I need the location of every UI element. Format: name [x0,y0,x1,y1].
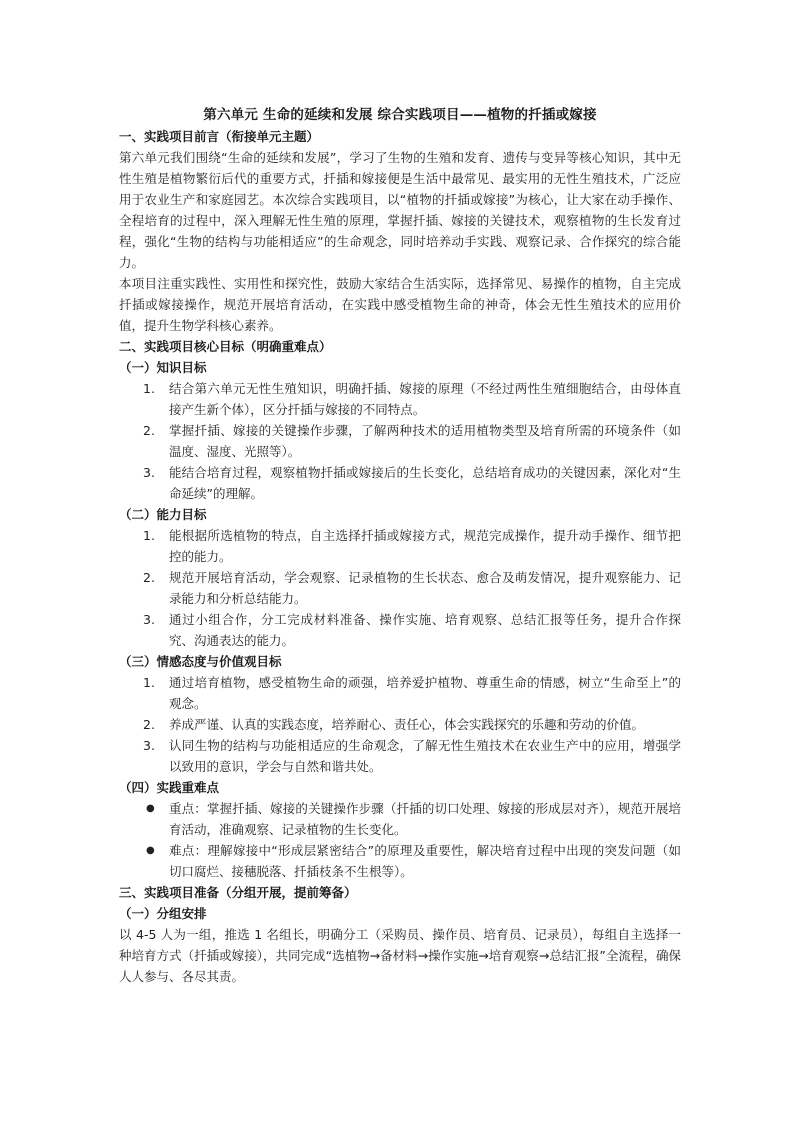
list-item-text: 结合第六单元无性生殖知识，明确扦插、嫁接的原理（不经过两性生殖细胞结合，由母体直… [169,381,681,417]
key-difficulties-list: ●重点：掌握扦插、嫁接的关键操作步骤（扦插的切口处理、嫁接的形成层对齐），规范开… [119,798,681,882]
ability-goals-list: 1.能根据所选植物的特点，自主选择扦插或嫁接方式，规范完成操作，提升动手操作、细… [119,525,681,651]
list-item-text: 难点：理解嫁接中“形成层紧密结合”的原理及重要性，解决培育过程中出现的突发问题（… [169,843,681,879]
list-number: 2. [143,420,155,441]
list-item: ●难点：理解嫁接中“形成层紧密结合”的原理及重要性，解决培育过程中出现的突发问题… [119,840,681,882]
values-goals-heading: （三）情感态度与价值观目标 [119,651,681,672]
list-item: 2.掌握扦插、嫁接的关键操作步骤，了解两种技术的适用植物类型及培育所需的环境条件… [119,420,681,462]
list-item: 2.养成严谨、认真的实践态度，培养耐心、责任心，体会实践探究的乐趣和劳动的价值。 [119,714,681,735]
section-2-heading: 二、实践项目核心目标（明确重难点） [119,336,681,357]
knowledge-goals-heading: （一）知识目标 [119,357,681,378]
list-item: 3.认同生物的结构与功能相适应的生命观念，了解无性生殖技术在农业生产中的应用，增… [119,735,681,777]
list-item-text: 通过培育植物，感受植物生命的顽强，培养爱护植物、尊重生命的情感，树立“生命至上”… [169,675,681,711]
section-1-heading: 一、实践项目前言（衔接单元主题） [119,126,681,147]
bullet-icon: ● [146,840,155,861]
list-item-text: 掌握扦插、嫁接的关键操作步骤，了解两种技术的适用植物类型及培育所需的环境条件（如… [169,423,681,459]
list-item-text: 规范开展培育活动，学会观察、记录植物的生长状态、愈合及萌发情况，提升观察能力、记… [169,570,681,606]
list-item: 1.能根据所选植物的特点，自主选择扦插或嫁接方式，规范完成操作，提升动手操作、细… [119,525,681,567]
list-number: 1. [143,525,155,546]
grouping-paragraph: 以 4-5 人为一组，推选 1 名组长，明确分工（采购员、操作员、培育员、记录员… [119,924,681,987]
bullet-icon: ● [146,798,155,819]
list-item-text: 重点：掌握扦插、嫁接的关键操作步骤（扦插的切口处理、嫁接的形成层对齐），规范开展… [169,801,681,837]
list-number: 1. [143,378,155,399]
list-item-text: 通过小组合作，分工完成材料准备、操作实施、培育观察、总结汇报等任务，提升合作探究… [169,612,681,648]
list-item-text: 能根据所选植物的特点，自主选择扦插或嫁接方式，规范完成操作，提升动手操作、细节把… [169,528,681,564]
list-number: 3. [143,609,155,630]
list-item: 2.规范开展培育活动，学会观察、记录植物的生长状态、愈合及萌发情况，提升观察能力… [119,567,681,609]
grouping-heading: （一）分组安排 [119,903,681,924]
list-number: 3. [143,735,155,756]
list-item: 3.通过小组合作，分工完成材料准备、操作实施、培育观察、总结汇报等任务，提升合作… [119,609,681,651]
values-goals-list: 1.通过培育植物，感受植物生命的顽强，培养爱护植物、尊重生命的情感，树立“生命至… [119,672,681,777]
list-number: 2. [143,567,155,588]
document-page: 第六单元 生命的延续和发展 综合实践项目——植物的扦插或嫁接 一、实践项目前言（… [119,104,681,987]
list-item: 1.结合第六单元无性生殖知识，明确扦插、嫁接的原理（不经过两性生殖细胞结合，由母… [119,378,681,420]
key-difficulties-heading: （四）实践重难点 [119,777,681,798]
section-1-paragraph-1: 第六单元我们围绕“生命的延续和发展”，学习了生物的生殖和发育、遗传与变异等核心知… [119,147,681,273]
ability-goals-heading: （二）能力目标 [119,504,681,525]
list-number: 2. [143,714,155,735]
list-item-text: 养成严谨、认真的实践态度，培养耐心、责任心，体会实践探究的乐趣和劳动的价值。 [169,717,644,732]
knowledge-goals-list: 1.结合第六单元无性生殖知识，明确扦插、嫁接的原理（不经过两性生殖细胞结合，由母… [119,378,681,504]
list-item-text: 认同生物的结构与功能相适应的生命观念，了解无性生殖技术在农业生产中的应用，增强学… [169,738,681,774]
list-number: 3. [143,462,155,483]
document-title: 第六单元 生命的延续和发展 综合实践项目——植物的扦插或嫁接 [119,104,681,126]
list-item: ●重点：掌握扦插、嫁接的关键操作步骤（扦插的切口处理、嫁接的形成层对齐），规范开… [119,798,681,840]
list-item-text: 能结合培育过程，观察植物扦插或嫁接后的生长变化，总结培育成功的关键因素，深化对“… [169,465,681,501]
list-number: 1. [143,672,155,693]
section-3-heading: 三、实践项目准备（分组开展，提前筹备） [119,882,681,903]
list-item: 1.通过培育植物，感受植物生命的顽强，培养爱护植物、尊重生命的情感，树立“生命至… [119,672,681,714]
list-item: 3.能结合培育过程，观察植物扦插或嫁接后的生长变化，总结培育成功的关键因素，深化… [119,462,681,504]
section-1-paragraph-2: 本项目注重实践性、实用性和探究性，鼓励大家结合生活实际，选择常见、易操作的植物，… [119,273,681,336]
